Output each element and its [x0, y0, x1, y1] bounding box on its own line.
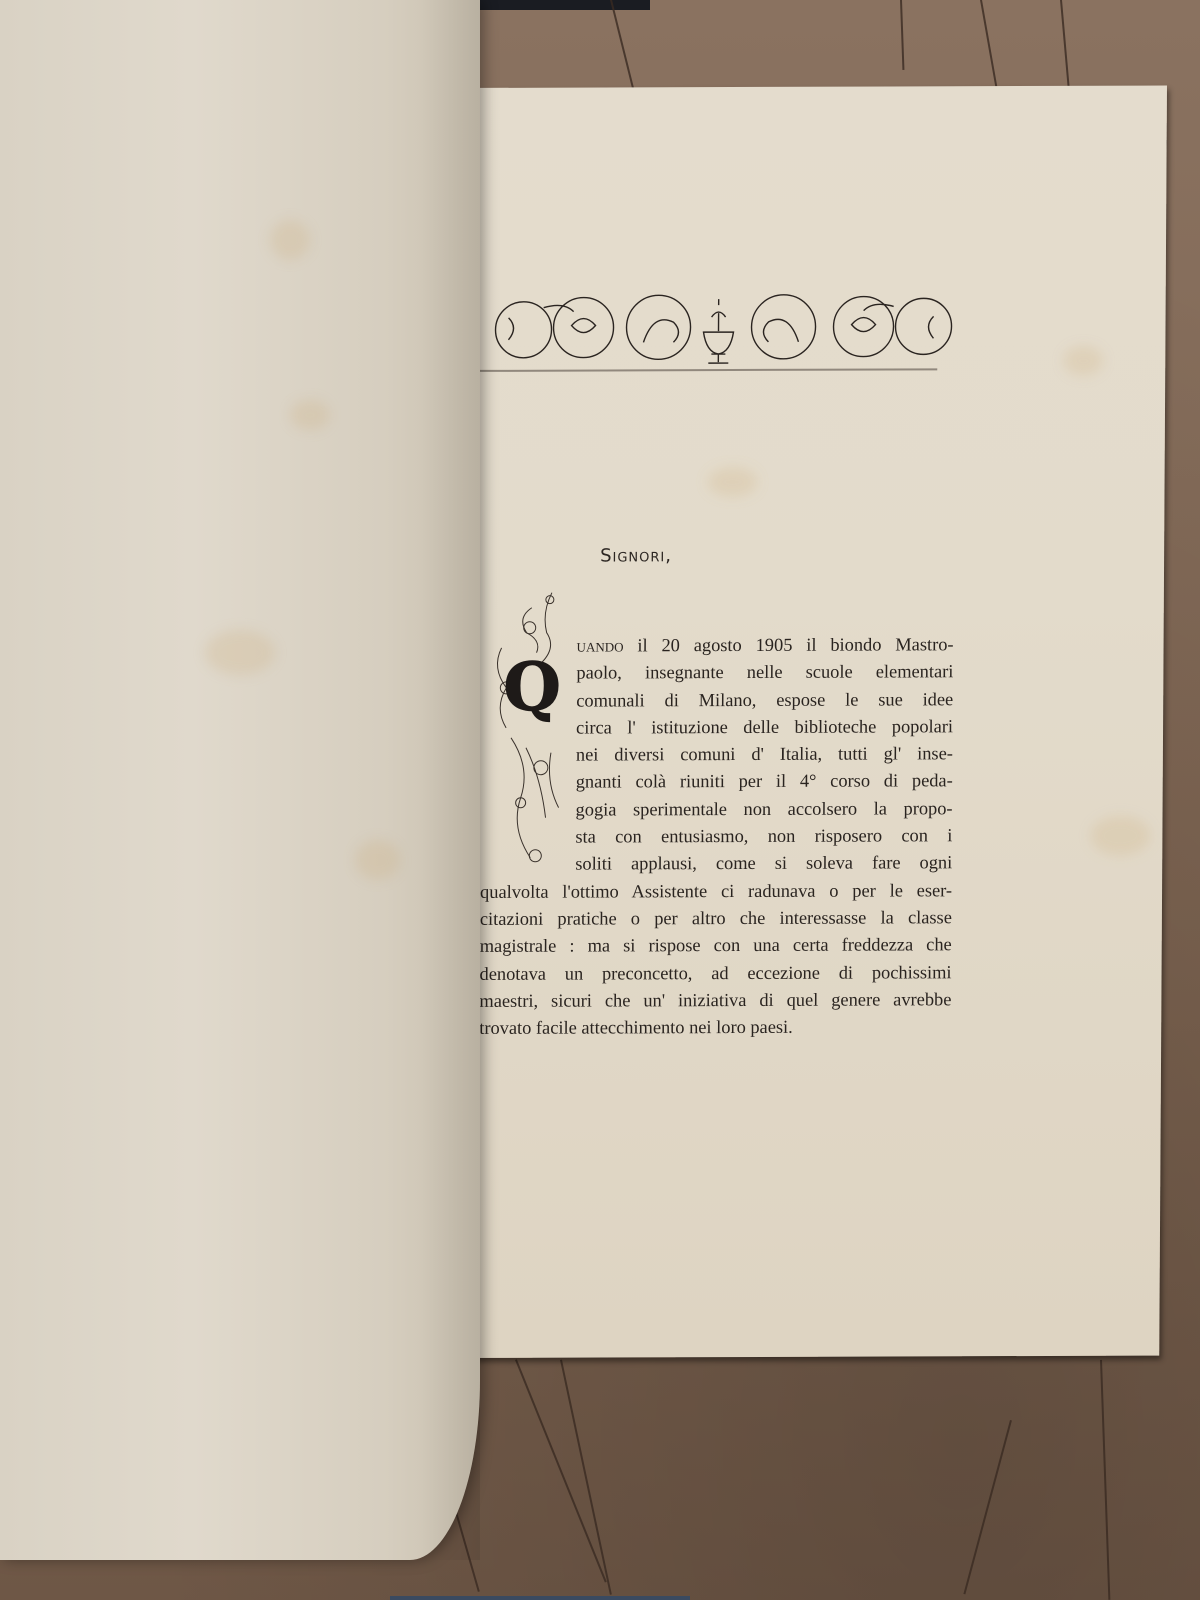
text-line: gogia sperimentale non accolsero la prop… [481, 795, 953, 824]
text-line: sta con entusiasmo, non risposero con i [480, 822, 952, 851]
page-stain [1090, 816, 1150, 856]
text-line: paolo, insegnante nelle scuole elementar… [481, 659, 953, 688]
right-page: Signori, Q uando il 20 agosto 1905 il bi… [447, 86, 1167, 1359]
background-object [390, 1596, 690, 1600]
page-stain [205, 630, 275, 675]
text-line: circa l' istituzione delle biblioteche p… [481, 713, 953, 742]
page-stain [290, 400, 330, 430]
salutation: Signori, [600, 545, 672, 566]
text-line: nei diversi comuni d' Italia, tutti gl' … [481, 740, 953, 769]
body-paragraph: uando il 20 agosto 1905 il biondo Mastro… [479, 631, 953, 1042]
text-line: denotava un preconcetto, ad eccezione di… [480, 959, 952, 988]
text-line: soliti applausi, come si soleva fare ogn… [480, 850, 952, 879]
page-stain [355, 840, 400, 880]
first-word: uando [577, 635, 624, 655]
page-stain [270, 220, 310, 260]
page-stain [1063, 346, 1103, 376]
text-line: uando il 20 agosto 1905 il biondo Mastro… [482, 631, 954, 660]
ornament-rule [475, 368, 937, 372]
line-text: il 20 agosto 1905 il biondo Mastro- [637, 634, 953, 655]
text-line: citazioni pratiche o per altro che inter… [480, 904, 952, 933]
page-stain [707, 467, 757, 497]
text-line: magistrale : ma si rispose con una certa… [480, 932, 952, 961]
text-line: trovato facile attecchimento nei loro pa… [479, 1013, 951, 1042]
text-line: maestri, sicuri che un' iniziativa di qu… [479, 986, 951, 1015]
text-line: qualvolta l'ottimo Assistente ci radunav… [480, 877, 952, 906]
left-page [0, 0, 480, 1560]
text-line: gnanti colà riuniti per il 4° corso di p… [481, 768, 953, 797]
text-line: comunali di Milano, espose le sue idee [481, 686, 953, 715]
floral-headpiece-ornament [483, 286, 953, 368]
